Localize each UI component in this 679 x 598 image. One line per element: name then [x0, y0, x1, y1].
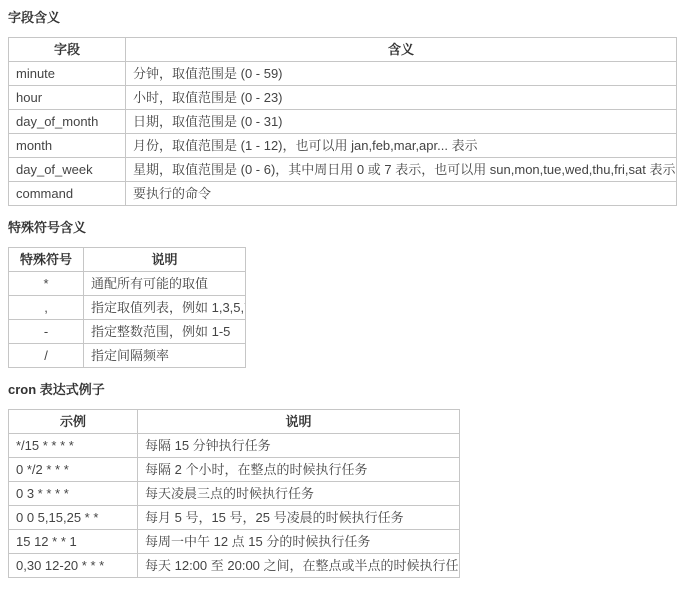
- field-meaning-cell: 要执行的命令: [126, 182, 677, 206]
- example-description-cell: 每天凌晨三点的时候执行任务: [138, 482, 460, 506]
- field-meaning-cell: 月份，取值范围是 (1 - 12)，也可以用 jan,feb,mar,apr..…: [126, 134, 677, 158]
- table-row: minute 分钟，取值范围是 (0 - 59): [9, 62, 677, 86]
- cron-expression-cell: */15 * * * *: [9, 434, 138, 458]
- example-description-cell: 每隔 2 个小时，在整点的时候执行任务: [138, 458, 460, 482]
- table-row: 0,30 12-20 * * * 每天 12:00 至 20:00 之间，在整点…: [9, 554, 460, 578]
- table-row: month 月份，取值范围是 (1 - 12)，也可以用 jan,feb,mar…: [9, 134, 677, 158]
- field-name-cell: minute: [9, 62, 126, 86]
- table-row: 0 0 5,15,25 * * 每月 5 号，15 号，25 号凌晨的时候执行任…: [9, 506, 460, 530]
- cron-expression-cell: 0 0 5,15,25 * *: [9, 506, 138, 530]
- cron-expression-cell: 0 3 * * * *: [9, 482, 138, 506]
- field-name-cell: month: [9, 134, 126, 158]
- field-meaning-cell: 星期，取值范围是 (0 - 6)，其中周日用 0 或 7 表示，也可以用 sun…: [126, 158, 677, 182]
- table-header-row: 特殊符号 说明: [9, 248, 246, 272]
- section-title-cron-examples: cron 表达式例子: [8, 382, 671, 397]
- symbols-table: 特殊符号 说明 * 通配所有可能的取值 , 指定取值列表，例如 1,3,5,7,…: [8, 247, 246, 368]
- table-row: day_of_week 星期，取值范围是 (0 - 6)，其中周日用 0 或 7…: [9, 158, 677, 182]
- column-header-description: 说明: [84, 248, 246, 272]
- field-meaning-cell: 分钟，取值范围是 (0 - 59): [126, 62, 677, 86]
- section-title-field-meanings: 字段含义: [8, 10, 671, 25]
- example-description-cell: 每隔 15 分钟执行任务: [138, 434, 460, 458]
- field-name-cell: day_of_month: [9, 110, 126, 134]
- cron-expression-cell: 0 */2 * * *: [9, 458, 138, 482]
- table-row: day_of_month 日期，取值范围是 (0 - 31): [9, 110, 677, 134]
- table-header-row: 字段 含义: [9, 38, 677, 62]
- fields-table: 字段 含义 minute 分钟，取值范围是 (0 - 59) hour 小时，取…: [8, 37, 677, 206]
- table-row: / 指定间隔频率: [9, 344, 246, 368]
- table-header-row: 示例 说明: [9, 410, 460, 434]
- column-header-meaning: 含义: [126, 38, 677, 62]
- symbol-cell: ,: [9, 296, 84, 320]
- symbol-cell: -: [9, 320, 84, 344]
- section-title-special-symbols: 特殊符号含义: [8, 220, 671, 235]
- column-header-example: 示例: [9, 410, 138, 434]
- table-row: */15 * * * * 每隔 15 分钟执行任务: [9, 434, 460, 458]
- cron-expression-cell: 15 12 * * 1: [9, 530, 138, 554]
- field-name-cell: command: [9, 182, 126, 206]
- table-row: hour 小时，取值范围是 (0 - 23): [9, 86, 677, 110]
- table-row: - 指定整数范围，例如 1-5: [9, 320, 246, 344]
- document-page: 字段含义 字段 含义 minute 分钟，取值范围是 (0 - 59) hour…: [0, 0, 679, 598]
- example-description-cell: 每周一中午 12 点 15 分的时候执行任务: [138, 530, 460, 554]
- symbol-cell: *: [9, 272, 84, 296]
- field-meaning-cell: 小时，取值范围是 (0 - 23): [126, 86, 677, 110]
- table-row: command 要执行的命令: [9, 182, 677, 206]
- table-row: , 指定取值列表，例如 1,3,5,7,9: [9, 296, 246, 320]
- field-meaning-cell: 日期，取值范围是 (0 - 31): [126, 110, 677, 134]
- examples-table: 示例 说明 */15 * * * * 每隔 15 分钟执行任务 0 */2 * …: [8, 409, 460, 578]
- table-row: * 通配所有可能的取值: [9, 272, 246, 296]
- field-name-cell: day_of_week: [9, 158, 126, 182]
- table-row: 0 3 * * * * 每天凌晨三点的时候执行任务: [9, 482, 460, 506]
- table-row: 0 */2 * * * 每隔 2 个小时，在整点的时候执行任务: [9, 458, 460, 482]
- cron-expression-cell: 0,30 12-20 * * *: [9, 554, 138, 578]
- column-header-field: 字段: [9, 38, 126, 62]
- symbol-description-cell: 通配所有可能的取值: [84, 272, 246, 296]
- table-row: 15 12 * * 1 每周一中午 12 点 15 分的时候执行任务: [9, 530, 460, 554]
- column-header-symbol: 特殊符号: [9, 248, 84, 272]
- field-name-cell: hour: [9, 86, 126, 110]
- example-description-cell: 每天 12:00 至 20:00 之间，在整点或半点的时候执行任务: [138, 554, 460, 578]
- symbol-description-cell: 指定取值列表，例如 1,3,5,7,9: [84, 296, 246, 320]
- column-header-description: 说明: [138, 410, 460, 434]
- symbol-cell: /: [9, 344, 84, 368]
- example-description-cell: 每月 5 号，15 号，25 号凌晨的时候执行任务: [138, 506, 460, 530]
- symbol-description-cell: 指定间隔频率: [84, 344, 246, 368]
- symbol-description-cell: 指定整数范围，例如 1-5: [84, 320, 246, 344]
